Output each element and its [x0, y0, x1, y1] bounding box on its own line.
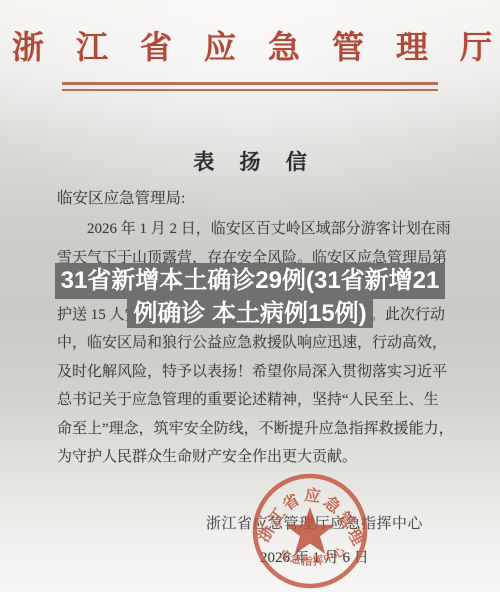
- header-divider: [62, 82, 438, 91]
- signature-date: 2026 年 1 月 6 日: [260, 546, 369, 567]
- salutation: 临安区应急管理局:: [57, 186, 185, 208]
- body-line: 2026 年 1 月 2 日，临安区百丈岭区域部分游客计划在雨: [57, 215, 445, 244]
- svg-text:浙江省应急管理厅: 浙江省应急管理厅: [250, 471, 369, 551]
- body-line: 及时化解风险，特予以表扬！希望你局深入贯彻落实习近平: [57, 358, 445, 387]
- body-line: 命至上”理念，筑牢安全防线，不断提升应急指挥救援能力，: [57, 415, 445, 444]
- seal-arc-text: 浙江省应急管理厅: [250, 471, 369, 551]
- letter-title: 表 扬 信: [0, 146, 500, 176]
- news-headline-overlay: 31省新增本土确诊29例(31省新增21 例确诊 本土病例15例): [0, 263, 500, 328]
- signature-unit: 浙江省应急管理厅应急指挥中心: [206, 512, 423, 533]
- commendation-letter-photo: 浙 江 省 应 急 管 理 厅 表 扬 信 临安区应急管理局: 2026 年 1…: [0, 0, 500, 592]
- org-title: 浙 江 省 应 急 管 理 厅: [0, 22, 500, 68]
- body-line: 中，临安区局和狼行公益应急救援队响应迅速，行动高效，: [57, 329, 445, 358]
- news-headline-line-2: 例确诊 本土病例15例): [127, 299, 372, 328]
- news-headline-line-1: 31省新增本土确诊29例(31省新增21: [55, 263, 446, 299]
- letter-body: 2026 年 1 月 2 日，临安区百丈岭区域部分游客计划在雨 雪天气下于山顶露…: [57, 215, 445, 472]
- body-line: 总书记关于应急管理的重要论述精神，坚持“人民至上、生: [57, 386, 445, 415]
- body-line: 为守护人民群众生命财产安全作出更大贡献。: [57, 443, 445, 472]
